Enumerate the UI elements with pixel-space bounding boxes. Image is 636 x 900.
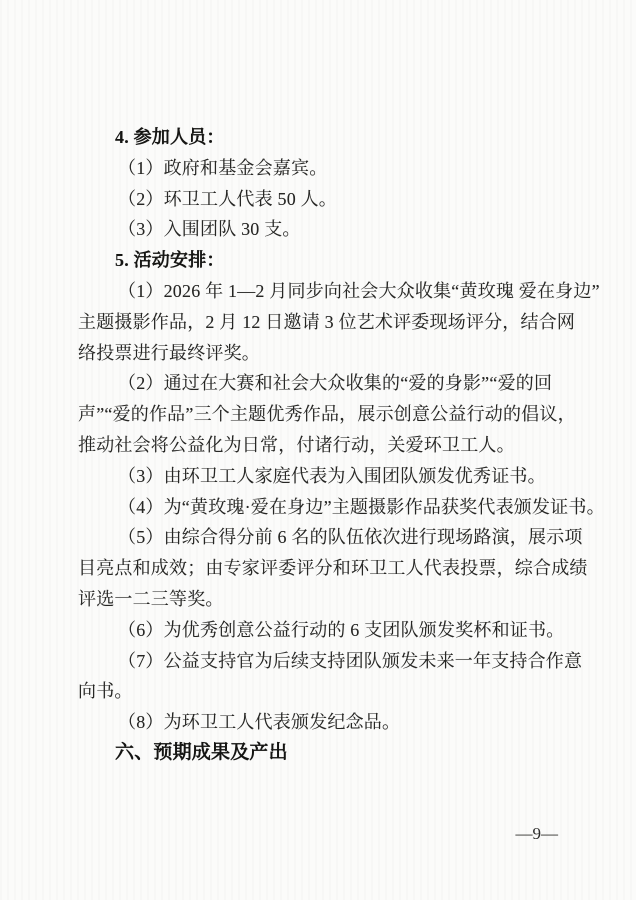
- text-line: （3）由环卫工人家庭代表为入围团队颁发优秀证书。: [78, 461, 570, 492]
- section-heading: 5. 活动安排：: [78, 245, 570, 276]
- section-heading: 六、预期成果及产出: [78, 738, 570, 769]
- text-line: （1）2026 年 1—2 月同步向社会大众收集“黄玫瑰 爱在身边”: [78, 276, 570, 307]
- section-heading: 4. 参加人员：: [78, 122, 570, 153]
- text-line: （3）入围团队 30 支。: [78, 214, 570, 245]
- text-line: （6）为优秀创意公益行动的 6 支团队颁发奖杯和证书。: [78, 615, 570, 646]
- page-number: —9—: [516, 824, 559, 844]
- text-line: （1）政府和基金会嘉宾。: [78, 153, 570, 184]
- text-line: 评选一二三等奖。: [78, 584, 570, 615]
- text-line: （8）为环卫工人代表颁发纪念品。: [78, 707, 570, 738]
- text-line: 推动社会将公益化为日常，付诸行动，关爱环卫工人。: [78, 430, 570, 461]
- text-line: （2）通过在大赛和社会大众收集的“爱的身影”“爱的回: [78, 368, 570, 399]
- text-line: （5）由综合得分前 6 名的队伍依次进行现场路演，展示项: [78, 522, 570, 553]
- text-line: 向书。: [78, 676, 570, 707]
- text-line: 声”“爱的作品”三个主题优秀作品，展示创意公益行动的倡议，: [78, 399, 570, 430]
- text-line: （7）公益支持官为后续支持团队颁发未来一年支持合作意: [78, 646, 570, 677]
- text-line: （4）为“黄玫瑰·爱在身边”主题摄影作品获奖代表颁发证书。: [78, 492, 570, 523]
- document-body: 4. 参加人员： （1）政府和基金会嘉宾。 （2）环卫工人代表 50 人。 （3…: [78, 122, 570, 769]
- document-page: 4. 参加人员： （1）政府和基金会嘉宾。 （2）环卫工人代表 50 人。 （3…: [0, 0, 636, 900]
- text-line: 主题摄影作品，2 月 12 日邀请 3 位艺术评委现场评分，结合网: [78, 307, 570, 338]
- text-line: （2）环卫工人代表 50 人。: [78, 184, 570, 215]
- text-line: 络投票进行最终评奖。: [78, 338, 570, 369]
- text-line: 目亮点和成效；由专家评委评分和环卫工人代表投票，综合成绩: [78, 553, 570, 584]
